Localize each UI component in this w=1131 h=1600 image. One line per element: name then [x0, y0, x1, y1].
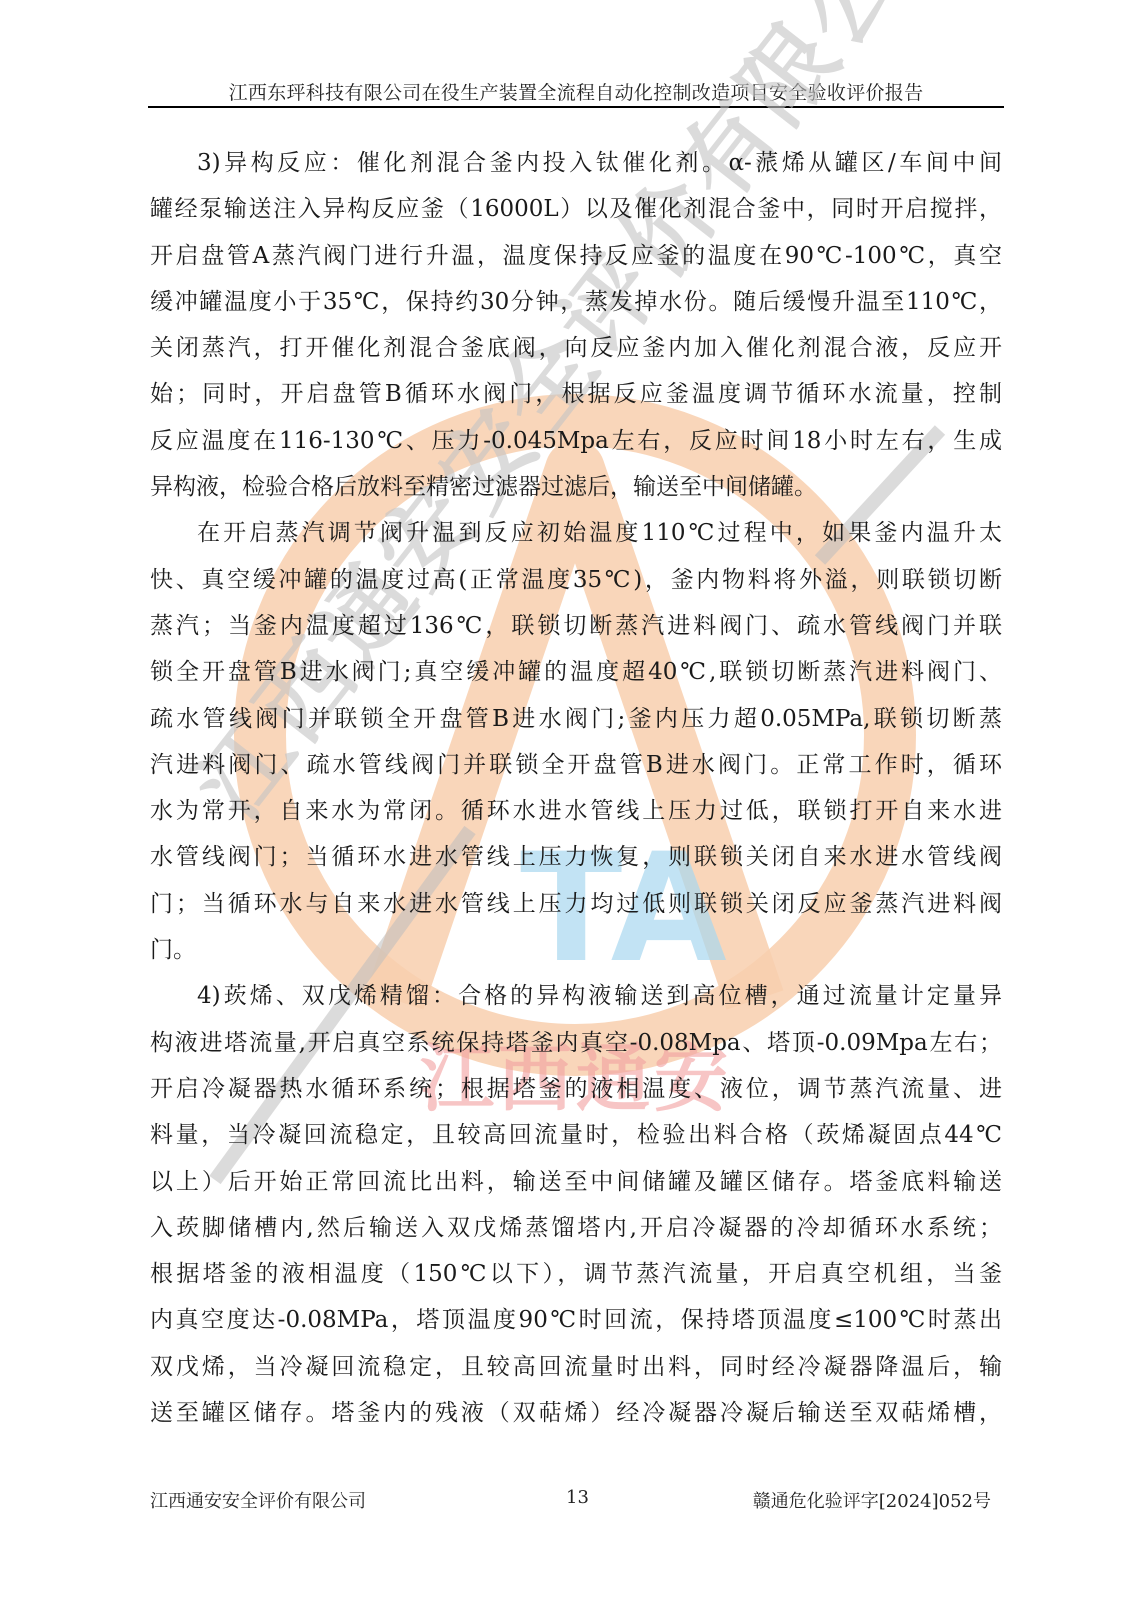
header-divider	[148, 106, 1004, 108]
text-line: 内真空度达-0.08MPa，塔顶温度90℃时回流，保持塔顶温度≤100℃时蒸出	[150, 1297, 1002, 1343]
text-line: 开启盘管A蒸汽阀门进行升温，温度保持反应釜的温度在90℃-100℃，真空	[150, 233, 1002, 279]
text-line: 疏水管线阀门并联锁全开盘管B进水阀门;釜内压力超0.05MPa,联锁切断蒸	[150, 696, 1002, 742]
text-line: 关闭蒸汽，打开催化剂混合釜底阀，向反应釜内加入催化剂混合液，反应开	[150, 325, 1002, 371]
text-line: 蒸汽；当釜内温度超过136℃，联锁切断蒸汽进料阀门、疏水管线阀门并联	[150, 603, 1002, 649]
paragraph-interlock: 在开启蒸汽调节阀升温到反应初始温度110℃过程中，如果釜内温升太 快、真空缓冲罐…	[150, 510, 1002, 973]
text-line: 双戊烯，当冷凝回流稳定，且较高回流量时出料，同时经冷凝器降温后，输	[150, 1344, 1002, 1390]
text-line: 3)异构反应：催化剂混合釜内投入钛催化剂。α-蒎烯从罐区/车间中间	[150, 140, 1002, 186]
paragraph-isomerization: 3)异构反应：催化剂混合釜内投入钛催化剂。α-蒎烯从罐区/车间中间 罐经泵输送注…	[150, 140, 1002, 510]
paragraph-distillation: 4)莰烯、双戊烯精馏：合格的异构液输送到高位槽，通过流量计定量异 构液进塔流量,…	[150, 973, 1002, 1436]
footer-company: 江西通安安全评价有限公司	[150, 1487, 366, 1513]
footer-document-code: 赣通危化验评字[2024]052号	[753, 1487, 991, 1513]
text-line: 入莰脚储槽内,然后输送入双戊烯蒸馏塔内,开启冷凝器的冷却循环水系统；	[150, 1205, 1002, 1251]
text-line: 根据塔釜的液相温度（150℃以下），调节蒸汽流量，开启真空机组，当釜	[150, 1251, 1002, 1297]
text-line: 缓冲罐温度小于35℃，保持约30分钟，蒸发掉水份。随后缓慢升温至110℃，	[150, 279, 1002, 325]
text-line: 门；当循环水与自来水进水管线上压力均过低则联锁关闭反应釜蒸汽进料阀	[150, 881, 1002, 927]
text-line: 始；同时，开启盘管B循环水阀门，根据反应釜温度调节循环水流量，控制	[150, 371, 1002, 417]
text-line: 异构液，检验合格后放料至精密过滤器过滤后，输送至中间储罐。	[150, 464, 1002, 510]
text-line: 水管线阀门；当循环水进水管线上压力恢复，则联锁关闭自来水进水管线阀	[150, 834, 1002, 880]
text-line: 汽进料阀门、疏水管线阀门并联锁全开盘管B进水阀门。正常工作时，循环	[150, 742, 1002, 788]
footer-page-number: 13	[566, 1487, 589, 1508]
text-line: 锁全开盘管B进水阀门;真空缓冲罐的温度超40℃,联锁切断蒸汽进料阀门、	[150, 649, 1002, 695]
text-line: 4)莰烯、双戊烯精馏：合格的异构液输送到高位槽，通过流量计定量异	[150, 973, 1002, 1019]
text-line: 料量，当冷凝回流稳定，且较高回流量时，检验出料合格（莰烯凝固点44℃	[150, 1112, 1002, 1158]
text-line: 罐经泵输送注入异构反应釜（16000L）以及催化剂混合釜中，同时开启搅拌，	[150, 186, 1002, 232]
text-line: 送至罐区储存。塔釜内的残液（双萜烯）经冷凝器冷凝后输送至双萜烯槽，	[150, 1390, 1002, 1436]
text-line: 构液进塔流量,开启真空系统保持塔釜内真空-0.08Mpa、塔顶-0.09Mpa左…	[150, 1020, 1002, 1066]
text-line: 门。	[150, 927, 1002, 973]
text-line: 开启冷凝器热水循环系统；根据塔釜的液相温度、液位，调节蒸汽流量、进	[150, 1066, 1002, 1112]
report-header-title: 江西东玶科技有限公司在役生产装置全流程自动化控制改造项目安全验收评价报告	[150, 78, 1002, 105]
text-line: 反应温度在116-130℃、压力-0.045Mpa左右，反应时间18小时左右，生…	[150, 418, 1002, 464]
document-body: 3)异构反应：催化剂混合釜内投入钛催化剂。α-蒎烯从罐区/车间中间 罐经泵输送注…	[150, 140, 1002, 1436]
text-line: 在开启蒸汽调节阀升温到反应初始温度110℃过程中，如果釜内温升太	[150, 510, 1002, 556]
document-page: TA 江西通安安全评价有限公司 江西通安 江西东玶科技有限公司在役生产装置全流程…	[0, 0, 1131, 1600]
text-line: 快、真空缓冲罐的温度过高(正常温度35℃)，釜内物料将外溢，则联锁切断	[150, 557, 1002, 603]
text-line: 水为常开，自来水为常闭。循环水进水管线上压力过低，联锁打开自来水进	[150, 788, 1002, 834]
text-line: 以上）后开始正常回流比出料，输送至中间储罐及罐区储存。塔釜底料输送	[150, 1159, 1002, 1205]
